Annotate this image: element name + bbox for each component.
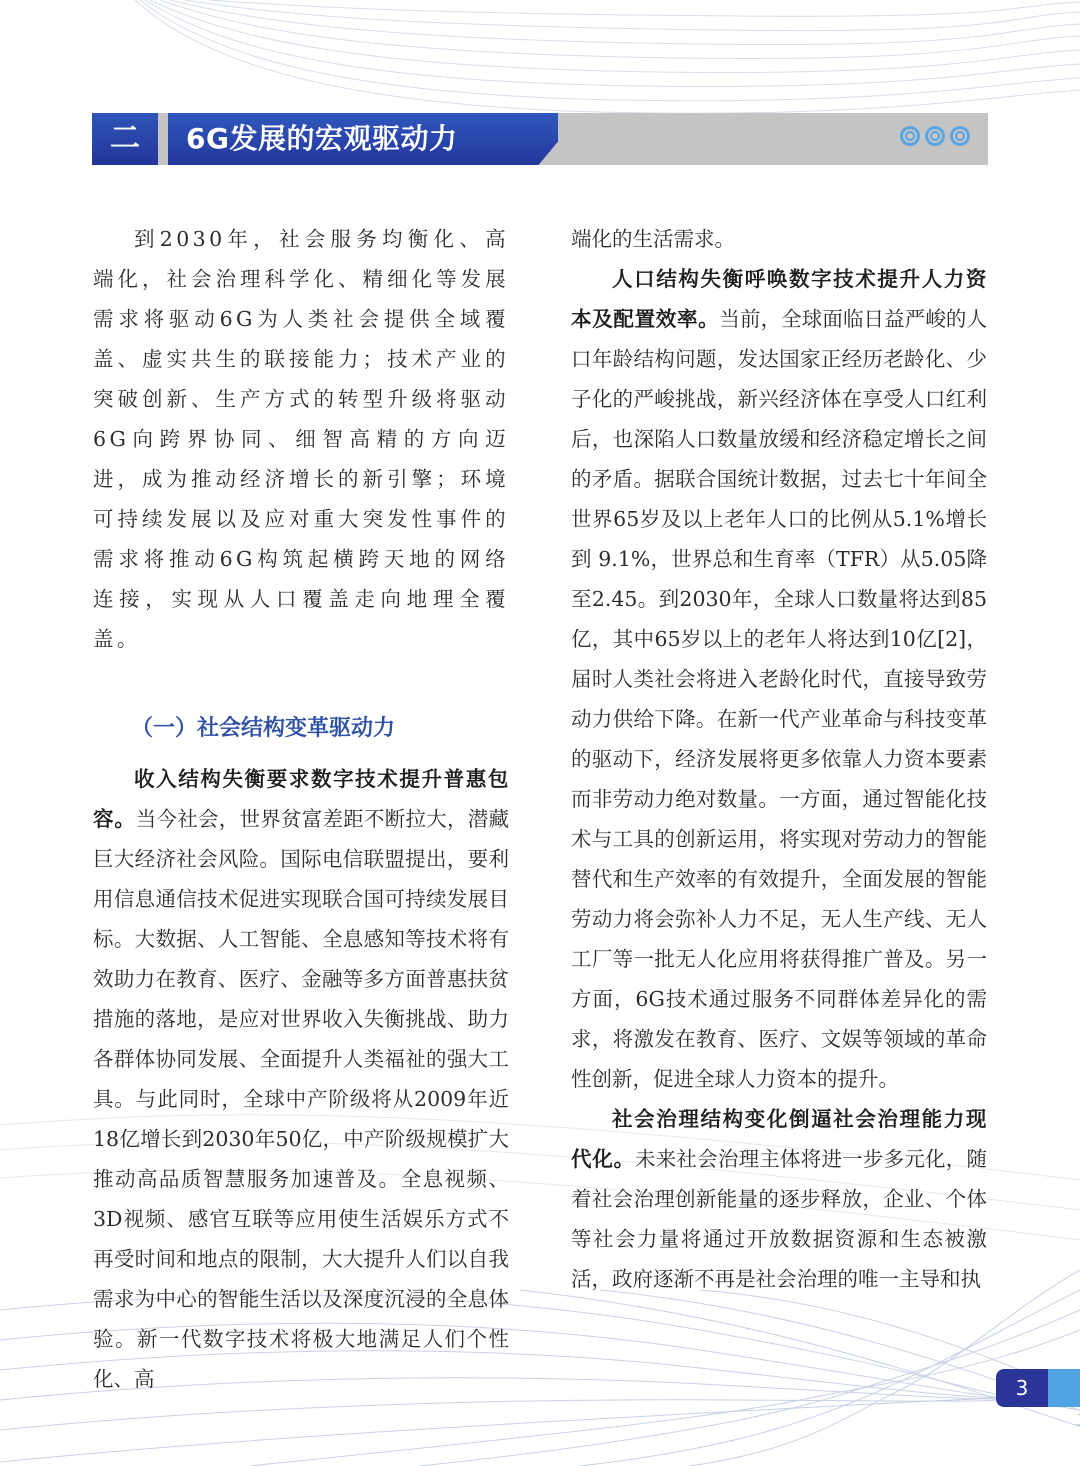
- chapter-title: 6G发展的宏观驱动力: [186, 113, 457, 165]
- intro-paragraph: 到2030年，社会服务均衡化、高端化，社会治理科学化、精细化等发展需求将驱动6G…: [93, 219, 509, 659]
- income-structure-paragraph: 收入结构失衡要求数字技术提升普惠包容。当今社会，世界贫富差距不断拉大，潜藏巨大经…: [93, 759, 509, 1399]
- page-number-tab: 3: [996, 1369, 1080, 1407]
- governance-structure-paragraph: 社会治理结构变化倒逼社会治理能力现代化。未来社会治理主体将进一步多元化，随着社会…: [571, 1099, 987, 1299]
- right-column: 端化的生活需求。 人口结构失衡呼唤数字技术提升人力资本及配置效率。当前，全球面临…: [571, 219, 987, 1299]
- left-column: 到2030年，社会服务均衡化、高端化，社会治理科学化、精细化等发展需求将驱动6G…: [93, 219, 509, 1399]
- ring-icon: [950, 126, 970, 146]
- population-structure-paragraph: 人口结构失衡呼唤数字技术提升人力资本及配置效率。当前，全球面临日益严峻的人口年龄…: [571, 259, 987, 1099]
- section-heading: （一）社会结构变革驱动力: [93, 698, 509, 759]
- continuation-text: 端化的生活需求。: [571, 219, 987, 259]
- page-number: 3: [996, 1369, 1048, 1407]
- ring-icon: [925, 126, 945, 146]
- paragraph-body: 当前，全球面临日益严峻的人口年龄结构问题，发达国家正经历老龄化、少子化的严峻挑战…: [571, 307, 987, 1091]
- chapter-header: 二 6G发展的宏观驱动力: [92, 113, 988, 165]
- page-tab-accent: [1048, 1369, 1080, 1407]
- three-rings-icon: [900, 126, 970, 146]
- ring-icon: [900, 126, 920, 146]
- paragraph-body: 当今社会，世界贫富差距不断拉大，潜藏巨大经济社会风险。国际电信联盟提出，要利用信…: [93, 807, 509, 1391]
- chapter-number: 二: [92, 113, 158, 165]
